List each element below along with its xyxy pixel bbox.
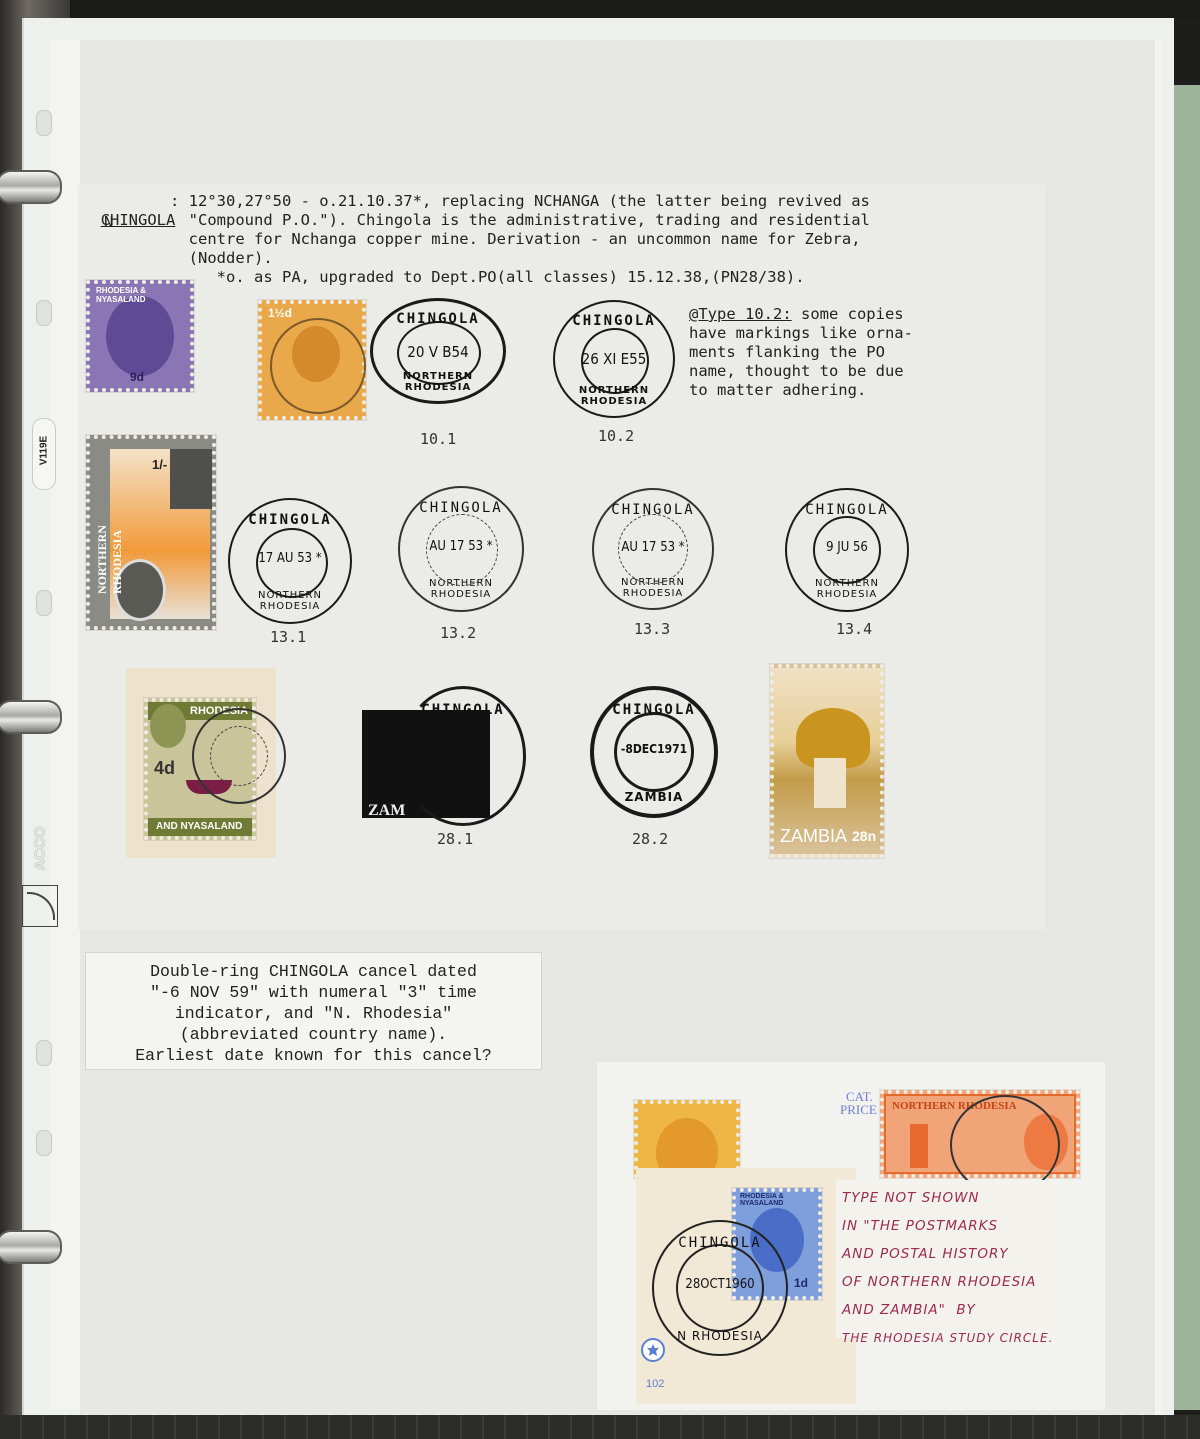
cancel-type-label: 13.2 — [440, 624, 476, 642]
stamp-inscription: RHODESIA & NYASALAND — [96, 286, 190, 304]
cancel-town: CHINGOLA — [373, 311, 503, 327]
stamp-inscription: RHODESIA & NYASALAND — [740, 1193, 818, 1207]
stamp-piece-4d: RHODESIA AND NYASALAND 4d — [126, 668, 276, 858]
sleeve-code-badge: V119E — [32, 418, 56, 490]
stamp-value: 9d — [130, 370, 144, 384]
cancel-country: NORTHERN RHODESIA — [555, 385, 673, 407]
cancel-28-2: CHINGOLA -8DEC1971 ZAMBIA — [590, 686, 718, 818]
note-line: Earliest date known for this cancel? — [86, 1045, 541, 1066]
town-name: CHINGOLA — [82, 192, 175, 230]
stamp-inscription: AND NYASALAND — [156, 821, 242, 832]
note-line: have markings like orna- — [689, 324, 913, 343]
double-ring-note-card: Double-ring CHINGOLA cancel dated "-6 NO… — [85, 952, 542, 1070]
note-line: indicator, and "N. Rhodesia" — [86, 1003, 541, 1024]
cancel-date: 9 JU 56 — [787, 540, 907, 555]
binder-ring — [0, 170, 62, 204]
cancel-town: CHINGOLA — [594, 702, 714, 718]
stamp-inscription: NORTHERN RHODESIA — [95, 474, 125, 594]
cancel-town: CHINGOLA — [654, 1235, 786, 1251]
cancel-13-2: CHINGOLA AU 17 53 * NORTHERN RHODESIA — [398, 486, 524, 612]
header-line: *o. as PA, upgraded to Dept.PO(all class… — [170, 268, 870, 287]
cancel-country: NORTHERN RHODESIA — [400, 578, 522, 600]
cancel-type-label: 13.4 — [836, 620, 872, 638]
town-code: N — [104, 213, 113, 232]
note-line: Double-ring CHINGOLA cancel dated — [86, 961, 541, 982]
sleeve-code-text: V119E — [39, 416, 50, 486]
note-line: name, thought to be due — [689, 362, 913, 381]
cancel-country: N RHODESIA — [654, 1329, 786, 1343]
cancel-country: NORTHERN RHODESIA — [594, 577, 712, 599]
handwritten-note-card: TYPE NOT SHOWN IN "THE POSTMARKS AND POS… — [836, 1180, 1056, 1338]
header-description: : 12°30,27°50 - o.21.10.37*, replacing N… — [170, 192, 870, 287]
header-line: : 12°30,27°50 - o.21.10.37*, replacing N… — [170, 192, 870, 211]
punch-hole — [36, 110, 52, 136]
maple-leaf-icon — [641, 1338, 665, 1362]
stamp-inscription: ZAMBIA — [780, 826, 847, 847]
cancel-country: NORTHERN RHODESIA — [787, 578, 907, 600]
cancel-13-4: CHINGOLA 9 JU 56 NORTHERN RHODESIA — [785, 488, 909, 612]
stamp-value: 28n — [852, 828, 876, 844]
punch-hole — [36, 1040, 52, 1066]
brand-logo-icon — [22, 885, 58, 927]
price-label: PRICE — [840, 1103, 877, 1116]
cat-price-label: CAT. PRICE — [840, 1090, 877, 1116]
cancel-country: ZAMBIA — [594, 790, 714, 804]
stamp-value: 1/- — [152, 457, 167, 472]
cancel-date: 28OCT1960 — [654, 1277, 786, 1292]
cancel-13-1: CHINGOLA 17 AU 53 * NORTHERN RHODESIA — [228, 498, 352, 624]
type-10-2-note: @Type 10.2: some copies have markings li… — [689, 305, 913, 400]
note-line: ments flanking the PO — [689, 343, 913, 362]
cancel-town: CHINGOLA — [403, 702, 523, 718]
stamp-rhodesia-nyasaland-9d: RHODESIA & NYASALAND 9d — [86, 280, 194, 392]
punch-hole — [36, 1130, 52, 1156]
brand-text: ACCO — [32, 819, 49, 879]
cancel-28-1: CHINGOLA — [400, 686, 526, 826]
cancel-date: AU 17 53 * — [400, 539, 522, 554]
note-line: "-6 NOV 59" with numeral "3" time — [86, 982, 541, 1003]
binder-bottom-edge — [0, 1415, 1200, 1439]
cancel-28oct1960: CHINGOLA 28OCT1960 N RHODESIA — [652, 1220, 788, 1356]
cancel-type-label: 13.3 — [634, 620, 670, 638]
stamp-northern-rhodesia-1s: NORTHERN RHODESIA 1/- — [86, 435, 216, 630]
header-line: "Compound P.O."). Chingola is the admini… — [170, 211, 870, 230]
cancel-10-2: CHINGOLA 26 XI E55 NORTHERN RHODESIA — [553, 300, 675, 418]
cancel-date: 26 XI E55 — [555, 350, 673, 368]
note-heading: @Type 10.2: — [689, 305, 792, 323]
handwritten-line: THE RHODESIA STUDY CIRCLE. — [842, 1324, 1050, 1352]
cancel-date: AU 17 53 * — [594, 540, 712, 555]
cancel-type-label: 10.2 — [598, 427, 634, 445]
punch-hole — [36, 300, 52, 326]
handwritten-line: AND POSTAL HISTORY — [842, 1240, 1050, 1268]
cancel-date: -8DEC1971 — [594, 742, 714, 756]
cancel-type-label: 28.1 — [437, 830, 473, 848]
binder-ring — [0, 1230, 62, 1264]
cancel-10-1: CHINGOLA 20 V B54 NORTHERN RHODESIA — [370, 298, 506, 404]
cancel-country: NORTHERN RHODESIA — [373, 371, 503, 393]
cancel-town: CHINGOLA — [400, 500, 522, 516]
cancel-town: CHINGOLA — [555, 313, 673, 329]
stamp-value: 1d — [794, 1276, 808, 1290]
binder-ring — [0, 700, 62, 734]
binder-top-edge — [0, 0, 1200, 18]
cancel-town: CHINGOLA — [230, 512, 350, 528]
stamp-zambia-28n-mushroom: ZAMBIA 28n — [770, 664, 884, 858]
header-line: centre for Nchanga copper mine. Derivati… — [170, 230, 870, 249]
cancel-town: CHINGOLA — [594, 502, 712, 518]
note-line: some copies — [792, 305, 904, 323]
cancel-type-label: 28.2 — [632, 830, 668, 848]
binder-brand-label: ACCO — [22, 820, 58, 880]
cancel-date: 20 V B54 — [373, 343, 503, 361]
stamp-value: 1½d — [268, 306, 292, 320]
cancel-type-label: 10.1 — [420, 430, 456, 448]
cancel-type-label: 13.1 — [270, 628, 306, 646]
handwritten-line: IN "THE POSTMARKS — [842, 1212, 1050, 1240]
cancel-country: NORTHERN RHODESIA — [230, 590, 350, 612]
cancel-date: 17 AU 53 * — [230, 551, 350, 566]
page-number: 102 — [646, 1378, 664, 1390]
note-line: to matter adhering. — [689, 381, 913, 400]
stamp-value: 4d — [154, 758, 175, 779]
cancel-town: CHINGOLA — [787, 502, 907, 518]
handwritten-line: AND ZAMBIA" BY — [842, 1296, 1050, 1324]
header-line: (Nodder). — [170, 249, 870, 268]
handwritten-line: OF NORTHERN RHODESIA — [842, 1268, 1050, 1296]
handwritten-line: TYPE NOT SHOWN — [842, 1184, 1050, 1212]
note-line: (abbreviated country name). — [86, 1024, 541, 1045]
stamp-northern-rhodesia-1-5d: 1½d — [258, 300, 366, 420]
punch-hole — [36, 590, 52, 616]
stamp-rhodesia-nyasaland-yellow — [634, 1100, 740, 1178]
cancel-13-3: CHINGOLA AU 17 53 * NORTHERN RHODESIA — [592, 488, 714, 610]
